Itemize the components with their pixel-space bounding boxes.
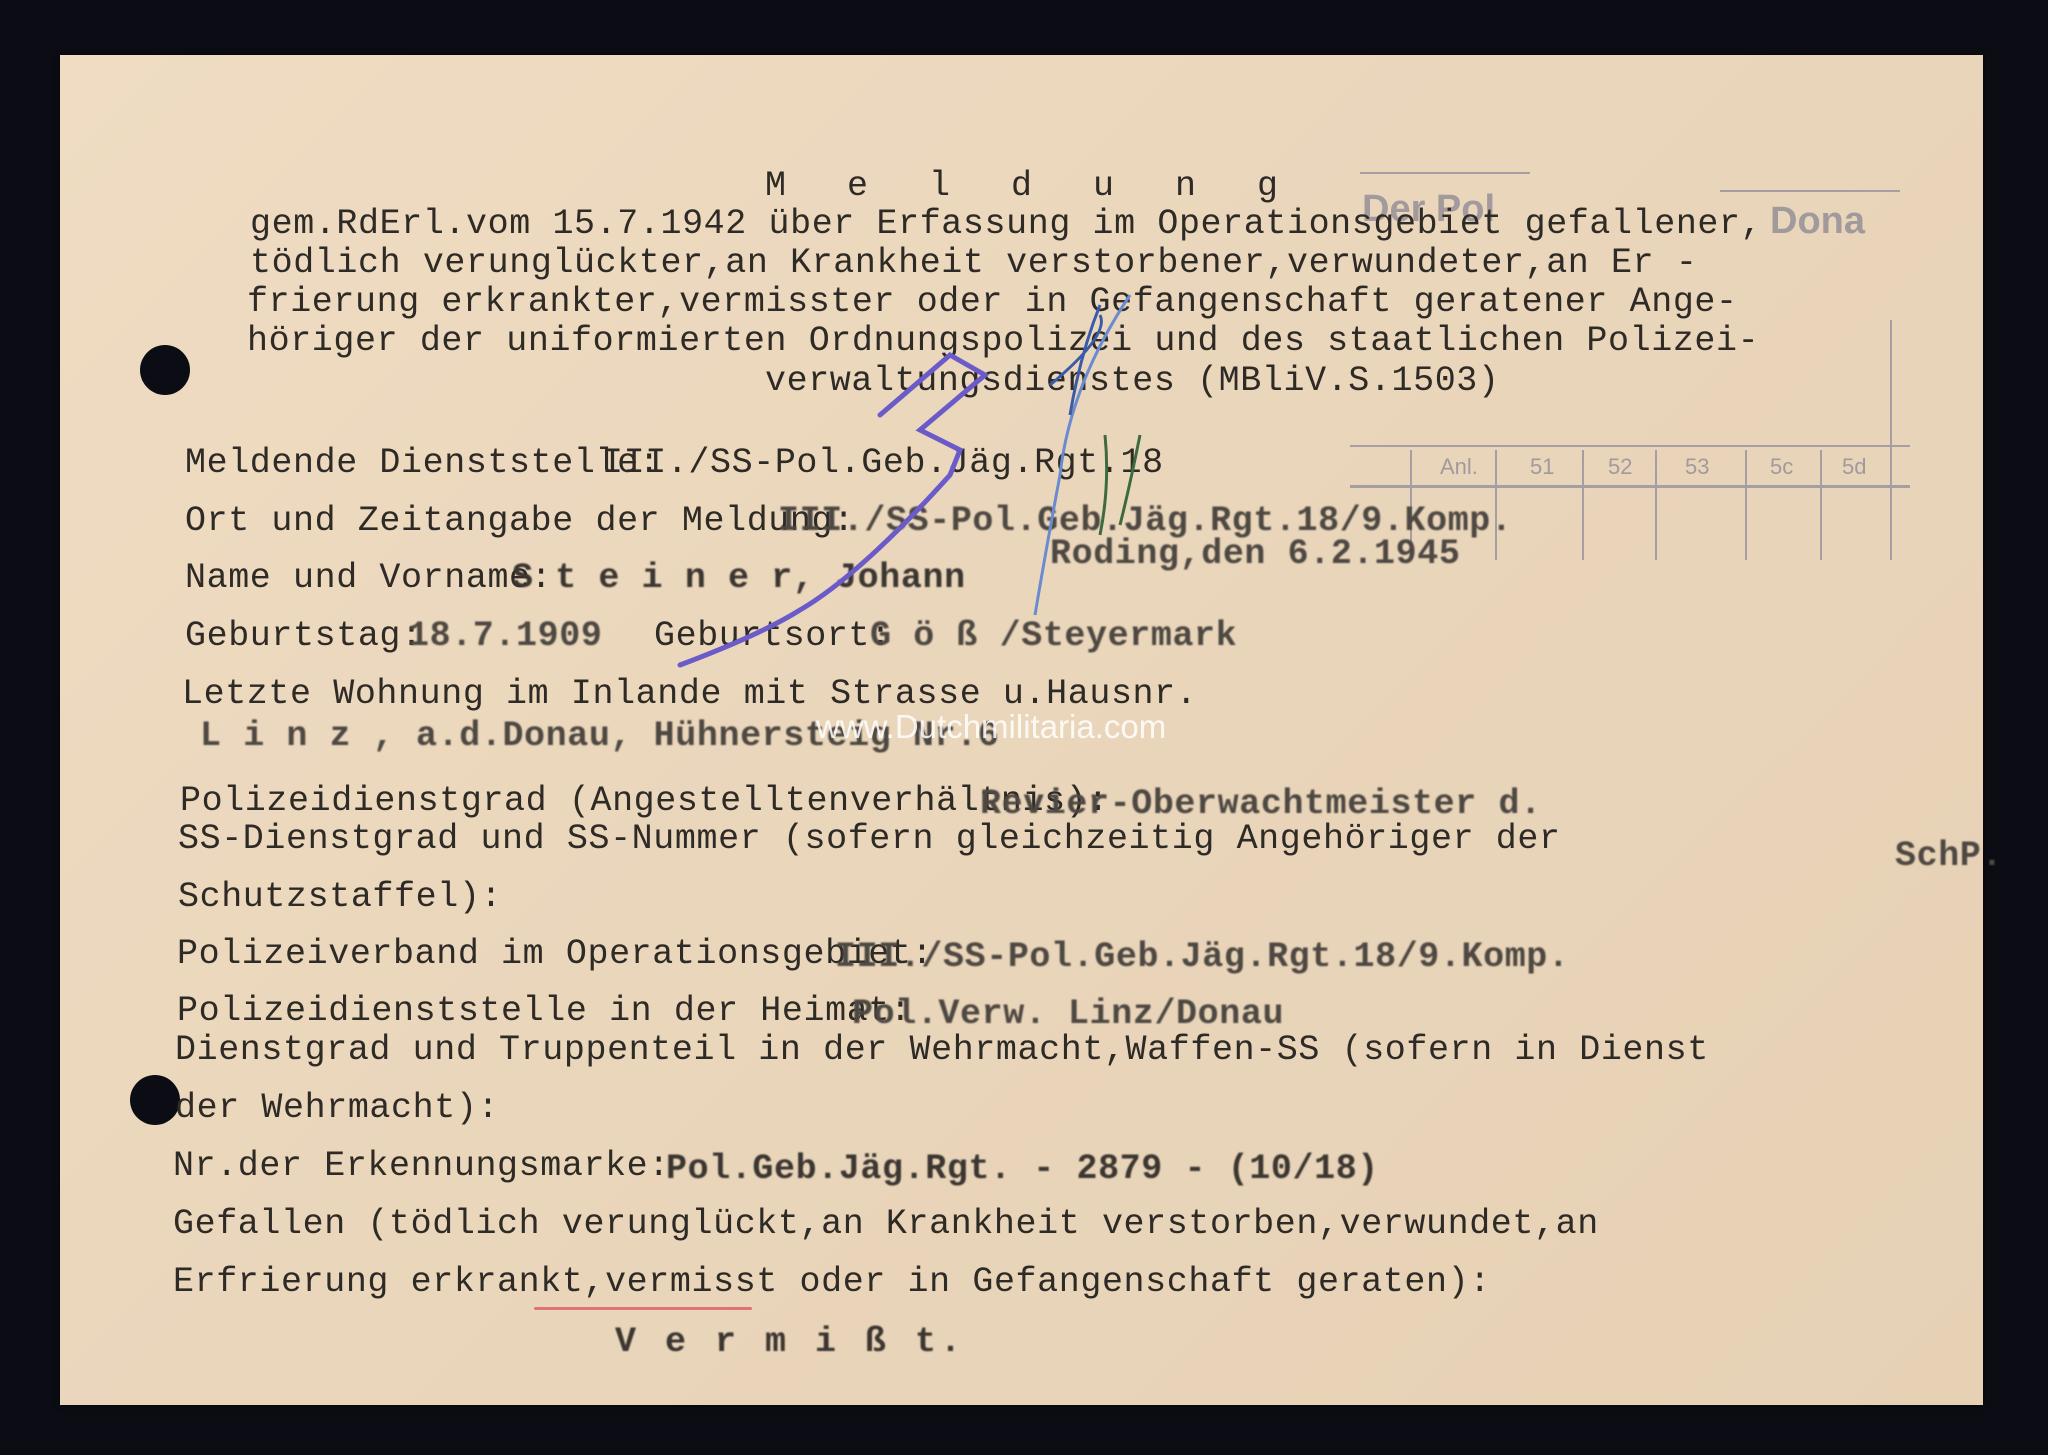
stamp-col-anl: Anl. xyxy=(1440,454,1478,480)
punch-hole-top xyxy=(140,345,190,395)
value-erkennungsmarke: Pol.Geb.Jäg.Rgt. - 2879 - (10/18) xyxy=(666,1150,1379,1188)
label-geburtsort: Geburtsort: xyxy=(654,617,892,655)
preamble-line-1: gem.RdErl.vom 15.7.1942 über Erfassung i… xyxy=(250,205,1762,243)
label-name: Name und Vorname: xyxy=(185,559,552,597)
value-name: S t e i n e r, Johann xyxy=(512,559,966,597)
stamp-col-5c: 5c xyxy=(1770,454,1793,480)
preamble-line-3: frierung erkrankter,vermisster oder in G… xyxy=(247,283,1738,321)
status-underlined: vermisst xyxy=(605,1262,778,1302)
label-status: Gefallen (tödlich verunglückt,an Krankhe… xyxy=(173,1205,1599,1243)
watermark: www.Dutchmilitaria.com xyxy=(816,708,1166,746)
value-geburtsort: G ö ß /Steyermark xyxy=(870,617,1237,655)
punch-hole-bottom xyxy=(130,1075,180,1125)
label-ss-dienstgrad-2: Schutzstaffel): xyxy=(178,878,502,916)
stamp-col-53: 53 xyxy=(1685,454,1709,480)
preamble-line-4: höriger der uniformierten Ordnungspolize… xyxy=(247,322,1759,360)
label-heimat: Polizeidienststelle in der Heimat: xyxy=(177,992,912,1030)
stamp-text-right: Dona xyxy=(1770,200,1865,243)
preamble-line-2: tödlich verunglückter,an Krankheit verst… xyxy=(250,244,1697,282)
value-geburtstag: 18.7.1909 xyxy=(408,617,602,655)
label-polizeiverband: Polizeiverband im Operationsgebiet: xyxy=(177,935,933,973)
stamp-col-52: 52 xyxy=(1608,454,1632,480)
stamp-col-5d: 5d xyxy=(1842,454,1866,480)
value-polizeidienstgrad: Revier-Oberwachtmeister d. xyxy=(980,785,1542,823)
label-wehrmacht-2: der Wehrmacht): xyxy=(175,1089,499,1127)
value-polizeidienstgrad-2: SchP. xyxy=(1895,837,2003,875)
label-geburtstag: Geburtstag: xyxy=(185,617,423,655)
value-ort-datum: Roding,den 6.2.1945 xyxy=(1050,535,1460,573)
label-wehrmacht: Dienstgrad und Truppenteil in der Wehrma… xyxy=(175,1031,1709,1069)
status-suffix: oder in Gefangenschaft geraten): xyxy=(778,1262,1491,1302)
label-ort-zeit: Ort und Zeitangabe der Meldung: xyxy=(185,502,855,540)
label-meldende-dienststelle: Meldende Dienststelle: xyxy=(185,444,660,482)
status-prefix: Erfrierung erkrankt, xyxy=(173,1262,605,1302)
value-status: V e r m i ß t. xyxy=(615,1323,965,1361)
label-ss-dienstgrad: SS-Dienstgrad und SS-Nummer (sofern glei… xyxy=(178,820,1561,858)
label-status-2: Erfrierung erkrankt,vermisst oder in Gef… xyxy=(173,1263,1491,1301)
value-meldende-dienststelle: III./SS-Pol.Geb.Jäg.Rgt.18 xyxy=(602,444,1164,482)
value-heimat: Pol.Verw. Linz/Donau xyxy=(852,995,1284,1033)
stamp-col-51: 51 xyxy=(1530,454,1554,480)
document-title: M e l d u n g xyxy=(765,167,1298,205)
preamble-line-5: verwaltungsdienstes (MBliV.S.1503) xyxy=(765,362,1500,400)
value-polizeiverband: III./SS-Pol.Geb.Jäg.Rgt.18/9.Komp. xyxy=(835,938,1570,976)
label-erkennungsmarke: Nr.der Erkennungsmarke: xyxy=(173,1147,670,1185)
red-pencil-underline xyxy=(534,1307,752,1310)
label-polizeidienstgrad: Polizeidienstgrad (Angestelltenverhältni… xyxy=(180,782,1109,820)
